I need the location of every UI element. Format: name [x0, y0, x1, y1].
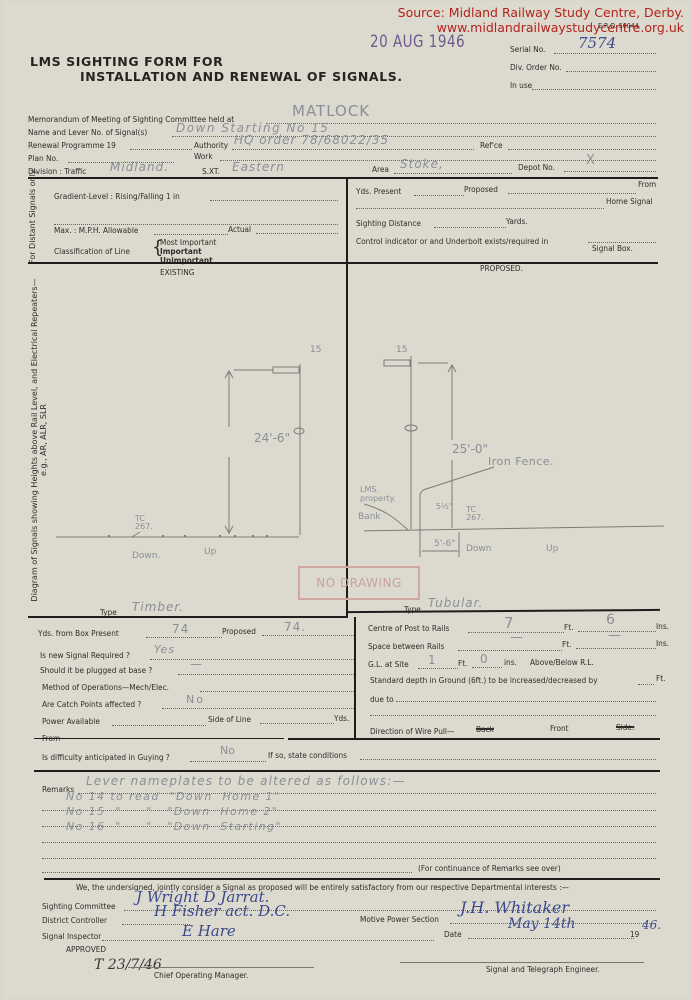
due-to-label: due to — [370, 694, 394, 704]
proposed-property-label: LMS. property. — [360, 485, 400, 503]
plugged-field[interactable] — [178, 674, 354, 675]
yds-present-label: Yds. Present — [356, 186, 401, 196]
date-value: May 14th — [508, 916, 576, 932]
division-value: Midland. — [110, 160, 169, 174]
space-rails-ins-field[interactable] — [576, 648, 656, 649]
side-of-line-label: Side of Line — [208, 714, 251, 724]
remarks-continuance-note: (For continuance of Remarks see over) — [418, 863, 561, 873]
yds-box-present-field[interactable] — [146, 637, 222, 638]
gl-ins-label: ins. — [504, 657, 517, 667]
form-number: E.R.O. 50044 — [598, 22, 639, 30]
yds-present-field[interactable] — [414, 195, 464, 196]
gl-ft-value: 1 — [428, 653, 436, 667]
catch-points-label: Are Catch Points affected ? — [42, 699, 141, 709]
date-field[interactable] — [468, 938, 634, 939]
due-to-extra-field[interactable] — [370, 715, 656, 716]
control-indicator-label: Control indicator or and Underbolt exist… — [356, 236, 548, 246]
space-rails-ft-field[interactable] — [458, 650, 562, 651]
renewal-label: Renewal Programme 19 — [28, 140, 116, 150]
centre-post-ins-value: 6 — [606, 612, 615, 628]
existing-signal-diagram — [44, 332, 344, 572]
wire-pull-side-option[interactable]: Side. — [616, 722, 634, 732]
proposed-bank-label: Bank — [358, 512, 381, 522]
proposed-fence-label: Iron Fence. — [488, 455, 554, 468]
sighting-distance-field[interactable] — [434, 227, 506, 228]
depot-label: Depot No. — [518, 162, 555, 172]
signal-inspector-signature: E Hare — [182, 922, 236, 940]
gl-ft-field[interactable] — [418, 668, 458, 669]
yds-box-proposed-label: Proposed — [222, 626, 256, 636]
refce-label: Ref'ce — [480, 140, 502, 150]
space-rails-ins-value: — — [608, 628, 621, 643]
diagram-side-label-line-1: Diagram of Signals showing Heights above… — [30, 270, 39, 610]
actual-label: Actual — [228, 224, 251, 234]
plugged-label: Should it be plugged at base ? — [40, 665, 152, 675]
column-divider — [346, 177, 348, 617]
renewal-field[interactable] — [130, 149, 192, 150]
signal-inspector-field[interactable] — [102, 940, 434, 941]
space-rails-ft-value: — — [510, 630, 523, 645]
space-rails-ft-label: Ft. — [562, 639, 571, 649]
work-label: Work — [194, 151, 213, 161]
new-signal-label: Is new Signal Required ? — [40, 650, 130, 660]
classification-label: Classification of Line — [54, 246, 130, 256]
district-controller-signature: H Fisher act. D.C. — [154, 902, 290, 920]
no-drawing-stamp: NO DRAWING — [298, 566, 420, 600]
approved-label: APPROVED — [66, 944, 106, 954]
distant-signals-side-label: For Distant Signals only. — [28, 176, 37, 264]
yds-box-proposed-value: 74. — [284, 620, 306, 634]
section-divider — [288, 738, 660, 740]
authority-field[interactable] — [232, 149, 474, 150]
std-depth-ft-label: Ft. — [656, 673, 665, 683]
com-signature-line[interactable] — [128, 967, 314, 968]
guying-conditions-field[interactable] — [360, 759, 656, 760]
remarks-line-5[interactable] — [42, 858, 656, 859]
new-signal-field[interactable] — [150, 659, 354, 660]
yds-label: Yds. — [334, 713, 349, 723]
year-value: 46. — [642, 918, 661, 932]
home-signal-label: Home Signal — [606, 196, 653, 206]
existing-up-label: Up — [204, 547, 216, 557]
refce-field[interactable] — [508, 149, 656, 150]
year-prefix: 19 — [630, 929, 639, 939]
centre-post-ft-label: Ft. — [564, 622, 573, 632]
existing-arm-number: 15 — [310, 345, 321, 355]
motive-power-label: Motive Power Section — [360, 914, 439, 924]
method-operations-label: Method of Operations—Mech/Elec. — [42, 682, 169, 692]
gl-site-label: G.L. at Site — [368, 659, 409, 669]
proposed-small-offset: 5½" — [436, 502, 453, 511]
signal-name-label: Name and Lever No. of Signal(s) — [28, 127, 147, 137]
proposed-down-label: Down — [466, 544, 492, 554]
proposed-arm-number: 15 — [396, 345, 407, 355]
catch-points-field[interactable] — [162, 708, 354, 709]
yds-box-present-value: 74 — [172, 622, 189, 636]
signal-box-label: Signal Box. — [592, 243, 633, 253]
date-label: Date — [444, 929, 462, 939]
district-controller-label: District Controller — [42, 915, 107, 925]
proposed-up-label: Up — [546, 544, 558, 554]
sighting-distance-label: Sighting Distance — [356, 218, 421, 228]
guying-label: Is difficulty anticipated in Guying ? — [42, 752, 170, 762]
max-mph-label: Max. : M.P.H. Allowable — [54, 225, 138, 235]
plan-label: Plan No. — [28, 153, 58, 163]
section-divider — [28, 177, 658, 179]
from-label: From — [638, 179, 656, 189]
power-available-field[interactable] — [112, 725, 206, 726]
remarks-text-1: Lever nameplates to be altered as follow… — [86, 774, 406, 788]
serial-label: Serial No. — [510, 44, 545, 54]
remarks-line-6[interactable] — [42, 872, 412, 873]
serial-field[interactable] — [554, 53, 656, 54]
new-signal-value: Yes — [154, 643, 175, 656]
due-to-field[interactable] — [396, 701, 656, 702]
ste-label: Signal and Telegraph Engineer. — [486, 964, 600, 974]
gl-ins-field[interactable] — [472, 667, 502, 668]
guying-field[interactable] — [190, 761, 266, 762]
space-rails-ins-label: Ins. — [656, 638, 669, 648]
plugged-value: — — [190, 657, 202, 671]
div-order-field[interactable] — [566, 71, 656, 72]
actual-field[interactable] — [256, 233, 338, 234]
proposed-heading: PROPOSED. — [480, 263, 523, 273]
gradient-label: Gradient-Level : Rising/Falling 1 in — [54, 191, 180, 201]
remarks-text-3: No 15 " " "Down Home 2" — [66, 805, 278, 818]
above-below-label: Above/Below R.L. — [530, 657, 594, 667]
remarks-text-4: No 16 " " "Down Starting" — [66, 820, 282, 833]
power-available-label: Power Available — [42, 716, 100, 726]
source-line-1: Source: Midland Railway Study Centre, De… — [398, 5, 684, 20]
district-controller-field[interactable] — [122, 924, 190, 925]
section-divider — [34, 738, 284, 739]
form-title-line-2: INSTALLATION AND RENEWAL OF SIGNALS. — [80, 69, 403, 84]
proposed-height: 25'-0" — [452, 442, 488, 456]
in-use-field[interactable] — [532, 89, 656, 90]
existing-down-label: Down. — [132, 551, 160, 561]
existing-height: 24'-6" — [254, 431, 290, 445]
gl-ft-label: Ft. — [458, 658, 467, 668]
sighting-form-page: Source: Midland Railway Study Centre, De… — [4, 2, 688, 998]
yds-box-present-label: Yds. from Box Present — [38, 628, 119, 638]
method-operations-field[interactable] — [200, 691, 354, 692]
form-title-line-1: LMS SIGHTING FORM FOR — [30, 54, 223, 69]
yds-box-proposed-field[interactable] — [262, 635, 354, 636]
guying-conditions-label: If so, state conditions — [268, 750, 347, 760]
section-divider — [44, 878, 660, 880]
div-order-label: Div. Order No. — [510, 62, 562, 72]
wire-pull-front-option[interactable]: Front — [550, 723, 569, 733]
section-divider — [28, 262, 658, 264]
guying-value: No — [220, 744, 235, 757]
ste-signature-line[interactable] — [400, 962, 644, 963]
gl-ins-value: 0 — [480, 652, 488, 666]
yards-label: Yards. — [506, 216, 528, 226]
remarks-text-2: No 14 to read "Down Home 1" — [66, 790, 280, 803]
space-rails-label: Space between Rails — [368, 641, 444, 651]
area-label: Area — [372, 164, 389, 174]
column-divider — [354, 617, 356, 739]
std-depth-label: Standard depth in Ground (6ft.) to be in… — [370, 675, 598, 685]
memo-value: MATLOCK — [292, 102, 370, 120]
proposed-type-value: Tubular. — [428, 596, 483, 610]
centre-post-ins-label: Ins. — [656, 621, 669, 631]
serial-value: 7574 — [578, 34, 616, 52]
centre-post-label: Centre of Post to Rails — [368, 623, 449, 633]
sxt-value: Eastern — [232, 160, 285, 174]
gradient-field[interactable] — [210, 200, 338, 201]
std-depth-field[interactable] — [638, 684, 654, 685]
sighting-committee-label: Sighting Committee — [42, 901, 116, 911]
received-date-stamp: 20 AUG 1946 — [370, 31, 465, 52]
proposed-signal-diagram — [364, 332, 684, 572]
signal-inspector-label: Signal Inspector — [42, 931, 101, 941]
existing-track-circuit: TC 267. — [135, 515, 159, 531]
authority-label: Authority — [194, 140, 228, 150]
home-signal-field[interactable] — [356, 208, 604, 209]
sxt-label: S.XT. — [202, 166, 220, 176]
catch-points-value: No — [186, 693, 205, 706]
depot-value: X — [586, 153, 595, 168]
proposed-offset: 5'-6" — [434, 539, 455, 549]
area-field[interactable] — [394, 173, 512, 174]
authority-value: HQ order 78/68022/35 — [234, 133, 389, 147]
wire-pull-label: Direction of Wire Pull— — [370, 726, 454, 736]
approved-initials: T 23/7/46 — [94, 957, 162, 973]
section-divider — [28, 616, 348, 618]
side-of-line-field[interactable] — [260, 723, 334, 724]
wire-pull-back-option[interactable]: Back — [476, 724, 494, 734]
com-label: Chief Operating Manager. — [154, 970, 248, 980]
remarks-line-4[interactable] — [42, 842, 656, 843]
yds-proposed-label: Proposed — [464, 184, 498, 194]
existing-heading: EXISTING — [160, 267, 194, 277]
area-value: Stoke, — [400, 157, 444, 171]
proposed-track-circuit: TC 267. — [466, 506, 488, 522]
depot-field[interactable] — [564, 171, 656, 172]
existing-type-value: Timber. — [132, 600, 184, 614]
max-mph-field[interactable] — [154, 234, 228, 235]
section-divider — [34, 770, 660, 772]
in-use-label: In use — [510, 80, 532, 90]
motive-power-signature: J.H. Whitaker — [460, 898, 569, 917]
yds-proposed-field[interactable] — [508, 193, 636, 194]
